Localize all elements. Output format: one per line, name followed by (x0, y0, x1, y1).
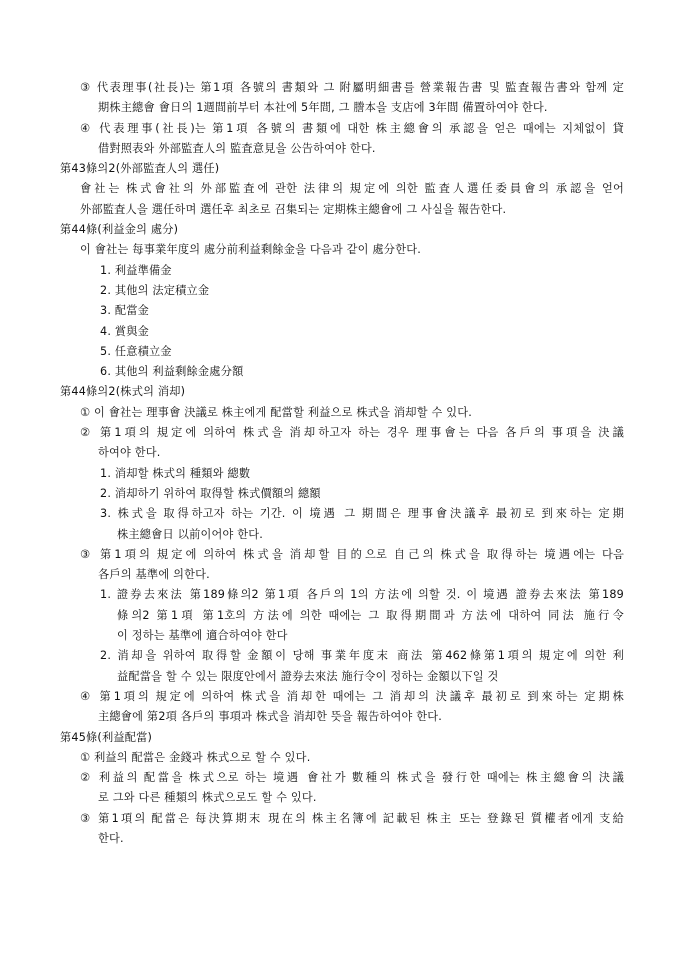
article-heading: 第44條(利益金의 處分) (60, 220, 624, 240)
paragraph-continuation: 期株主總會 會日의 1週間前부터 本社에 5年間, 그 謄本을 支店에 3年間 … (60, 98, 624, 118)
sub-list-item: 2. 消却을 위하여 取得할 金額이 당해 事業年度末 商法 第462條第1項의… (60, 646, 624, 666)
article-heading: 第44條의2(株式의 消却) (60, 382, 624, 402)
sub-list-continuation: 이 정하는 基準에 適合하여야 한다 (60, 626, 624, 646)
list-item: 3. 配當金 (60, 301, 624, 321)
numbered-paragraph: ② 第1項의 規定에 의하여 株式을 消却하고자 하는 경우 理事會는 다음 各… (60, 423, 624, 443)
numbered-paragraph: ③ 第1項의 配當은 每決算期末 現在의 株主名簿에 記載된 株主 또는 登錄된… (60, 809, 624, 829)
sub-list-continuation: 株主總會日 以前이어야 한다. (60, 525, 624, 545)
paragraph-continuation: 主總會에 第2項 各戶의 事項과 株式을 消却한 뜻을 報告하여야 한다. (60, 707, 624, 727)
body-paragraph: 이 會社는 每事業年度의 處分前利益剩餘金을 다음과 같이 處分한다. (60, 240, 624, 260)
body-paragraph: 會社는 株式會社의 外部監査에 관한 法律의 規定에 의한 監査人選任委員會의 … (60, 179, 624, 199)
numbered-paragraph: ③ 代表理事(社長)는 第1項 各號의 書類와 그 附屬明細書를 營業報告書 및… (60, 78, 624, 98)
sub-list-item: 1. 證券去來法 第189條의2 第1項 各戶의 1의 方法에 의할 것. 이 … (60, 585, 624, 605)
numbered-paragraph: ① 利益의 配當은 金錢과 株式으로 할 수 있다. (60, 748, 624, 768)
sub-list-continuation: 條의2 第1項 第1호의 方法에 의한 때에는 그 取得期間과 方法에 대하여 … (60, 606, 624, 626)
paragraph-continuation: 로 그와 다른 種類의 株式으로도 할 수 있다. (60, 788, 624, 808)
paragraph-continuation: 하여야 한다. (60, 443, 624, 463)
numbered-paragraph: ③ 第1項의 規定에 의하여 株式을 消却할 目的으로 自己의 株式을 取得하는… (60, 545, 624, 565)
sub-list-item: 3. 株式을 取得하고자 하는 기간. 이 境遇 그 期間은 理事會決議후 最初… (60, 504, 624, 524)
numbered-paragraph: ④ 代表理事(社長)는 第1項 各號의 書類에 대한 株主總會의 承認을 얻은 … (60, 119, 624, 139)
list-item: 1. 利益準備金 (60, 261, 624, 281)
paragraph-continuation: 借對照表와 外部監査人의 監査意見을 公告하여야 한다. (60, 139, 624, 159)
document-body: ③ 代表理事(社長)는 第1項 各號의 書類와 그 附屬明細書를 營業報告書 및… (60, 78, 624, 849)
numbered-paragraph: ② 利益의 配當을 株式으로 하는 境遇 會社가 數種의 株式을 發行한 때에는… (60, 768, 624, 788)
article-heading: 第45條(利益配當) (60, 728, 624, 748)
list-item: 4. 賞與金 (60, 322, 624, 342)
sub-list-item: 2. 消却하기 위하여 取得할 株式價額의 總額 (60, 484, 624, 504)
article-heading: 第43條의2(外部監査人의 選任) (60, 159, 624, 179)
sub-list-continuation: 益配當을 할 수 있는 限度안에서 證券去來法 施行令이 정하는 金額以下일 것 (60, 667, 624, 687)
numbered-paragraph: ④ 第1項의 規定에 의하여 株式을 消却한 때에는 그 消却의 決議후 最初로… (60, 687, 624, 707)
body-continuation: 外部監査人을 選任하며 選任후 최초로 召集되는 定期株主總會에 그 사실을 報… (60, 200, 624, 220)
document-page: ③ 代表理事(社長)는 第1項 各號의 書類와 그 附屬明細書를 營業報告書 및… (0, 0, 680, 962)
list-item: 5. 任意積立金 (60, 342, 624, 362)
paragraph-continuation: 各戶의 基準에 의한다. (60, 565, 624, 585)
list-item: 2. 其他의 法定積立金 (60, 281, 624, 301)
numbered-paragraph: ① 이 會社는 理事會 決議로 株主에게 配當할 利益으로 株式을 消却할 수 … (60, 403, 624, 423)
list-item: 6. 其他의 利益剩餘金處分額 (60, 362, 624, 382)
sub-list-item: 1. 消却할 株式의 種類와 總數 (60, 464, 624, 484)
paragraph-continuation: 한다. (60, 829, 624, 849)
